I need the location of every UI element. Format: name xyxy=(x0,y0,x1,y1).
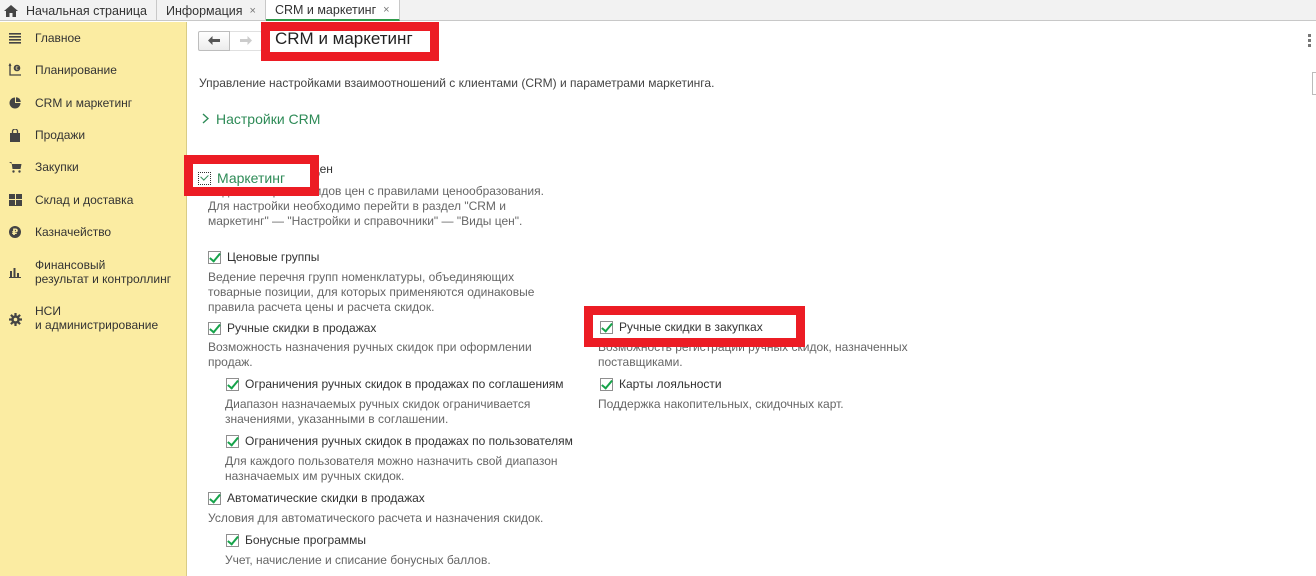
arrow-left-icon xyxy=(208,34,220,48)
sidebar-item-label-line1: Финансовый xyxy=(35,258,105,272)
forward-button[interactable] xyxy=(230,31,262,51)
hint-limit-users: Для каждого пользователя можно назначить… xyxy=(225,454,558,484)
warehouse-icon xyxy=(8,193,22,207)
close-icon[interactable]: × xyxy=(383,4,389,16)
checkbox-limit-users[interactable]: Ограничения ручных скидок в продажах по … xyxy=(226,434,573,448)
checkbox[interactable] xyxy=(208,492,221,505)
sidebar-item-label: Казначейство xyxy=(35,225,111,239)
chevron-down-icon xyxy=(198,172,211,185)
pie-chart-icon xyxy=(8,96,22,110)
sidebar-item-planning[interactable]: € Планирование xyxy=(0,63,186,77)
sidebar-item-label: Закупки xyxy=(35,160,79,174)
checkbox-label: Ценовые группы xyxy=(227,250,319,264)
tab-crm-marketing[interactable]: CRM и маркетинг × xyxy=(266,0,400,21)
arrow-right-icon xyxy=(240,34,252,48)
checkbox-label: Автоматические скидки в продажах xyxy=(227,491,425,505)
sidebar-item-finance[interactable]: Финансовый результат и контроллинг xyxy=(0,257,186,287)
home-icon xyxy=(4,5,18,17)
checkbox-label: Ограничения ручных скидок в продажах по … xyxy=(245,434,573,448)
hint-loyalty-cards: Поддержка накопительных, скидочных карт. xyxy=(598,397,844,412)
side-panel-edge xyxy=(1312,72,1316,95)
tab-label: Начальная страница xyxy=(26,4,147,18)
checkbox-label: Ручные скидки в продажах xyxy=(227,321,376,335)
hint-manual-sales: Возможность назначения ручных скидок при… xyxy=(208,340,532,370)
sidebar-item-label-line2: результат и контроллинг xyxy=(35,272,171,286)
checkbox[interactable] xyxy=(226,534,239,547)
sidebar-item-admin[interactable]: НСИ и администрирование xyxy=(0,303,186,333)
gear-icon xyxy=(8,312,22,326)
cart-icon xyxy=(8,160,22,174)
hint-price-groups: Ведение перечня групп номенклатуры, объе… xyxy=(208,270,534,315)
svg-text:€: € xyxy=(15,66,18,72)
sidebar-item-warehouse[interactable]: Склад и доставка xyxy=(0,193,186,207)
group-marketing[interactable]: Маркетинг xyxy=(198,170,285,186)
sidebar-item-label: Главное xyxy=(35,31,81,45)
main-content: Управление настройками взаимоотношений с… xyxy=(188,22,1316,576)
checkbox-label: Бонусные программы xyxy=(245,533,366,547)
checkbox-auto-sales[interactable]: Автоматические скидки в продажах xyxy=(208,491,425,505)
checkbox-limit-agreements[interactable]: Ограничения ручных скидок в продажах по … xyxy=(226,377,564,391)
checkbox[interactable] xyxy=(208,251,221,264)
tab-label: CRM и маркетинг xyxy=(275,3,376,17)
ruble-icon: ₽ xyxy=(8,225,22,239)
sidebar-item-crm[interactable]: CRM и маркетинг xyxy=(0,96,186,110)
close-icon[interactable]: × xyxy=(250,5,256,17)
shopping-bag-icon xyxy=(8,128,22,142)
hint-bonus: Учет, начисление и списание бонусных бал… xyxy=(225,553,491,568)
checkbox[interactable] xyxy=(226,378,239,391)
menu-icon xyxy=(8,31,22,45)
sidebar-item-label: CRM и маркетинг xyxy=(35,96,132,110)
svg-text:₽: ₽ xyxy=(12,228,18,238)
checkbox-loyalty-cards[interactable]: Карты лояльности xyxy=(600,377,722,391)
sidebar-item-label: Планирование xyxy=(35,63,117,77)
checkbox-manual-purchases[interactable]: Ручные скидки в закупках xyxy=(600,320,763,334)
hint-limit-agreements: Диапазон назначаемых ручных скидок огран… xyxy=(225,397,530,427)
page-description: Управление настройками взаимоотношений с… xyxy=(199,76,714,90)
planning-icon: € xyxy=(8,63,22,77)
page-title: CRM и маркетинг xyxy=(275,29,413,49)
tab-information[interactable]: Информация × xyxy=(157,0,266,21)
checkbox[interactable] xyxy=(600,378,613,391)
sidebar-item-treasury[interactable]: ₽ Казначейство xyxy=(0,225,186,239)
group-crm-settings[interactable]: Настройки CRM xyxy=(202,111,320,127)
tab-home[interactable]: Начальная страница xyxy=(0,0,157,21)
sidebar-item-label-line2: и администрирование xyxy=(35,318,158,332)
sidebar-item-sales[interactable]: Продажи xyxy=(0,128,186,142)
bar-chart-icon xyxy=(8,265,22,279)
checkbox[interactable] xyxy=(208,322,221,335)
sidebar-item-main[interactable]: Главное xyxy=(0,31,186,45)
checkbox-label: Карты лояльности xyxy=(619,377,722,391)
sidebar-item-label-line1: НСИ xyxy=(35,304,61,318)
sidebar-item-purchases[interactable]: Закупки xyxy=(0,160,186,174)
group-label: Маркетинг xyxy=(217,170,285,186)
checkbox-price-groups[interactable]: Ценовые группы xyxy=(208,250,319,264)
back-button[interactable] xyxy=(198,31,230,51)
hint-auto-sales: Условия для автоматического расчета и на… xyxy=(208,511,543,526)
group-label: Настройки CRM xyxy=(216,111,320,127)
checkbox-manual-sales[interactable]: Ручные скидки в продажах xyxy=(208,321,376,335)
checkbox-label: Ручные скидки в закупках xyxy=(619,320,763,334)
tab-bar: Начальная страница Информация × CRM и ма… xyxy=(0,0,1316,21)
checkbox-label: Ограничения ручных скидок в продажах по … xyxy=(245,377,564,391)
navigation-buttons xyxy=(198,31,262,51)
sidebar-item-label: Продажи xyxy=(35,128,85,142)
sidebar-item-label: Склад и доставка xyxy=(35,193,133,207)
sidebar: Главное € Планирование CRM и маркетинг П… xyxy=(0,22,187,576)
tab-label: Информация xyxy=(166,4,243,18)
more-actions-icon[interactable] xyxy=(1308,34,1312,47)
chevron-right-icon xyxy=(202,112,209,127)
checkbox-bonus[interactable]: Бонусные программы xyxy=(226,533,366,547)
checkbox[interactable] xyxy=(600,321,613,334)
checkbox[interactable] xyxy=(226,435,239,448)
